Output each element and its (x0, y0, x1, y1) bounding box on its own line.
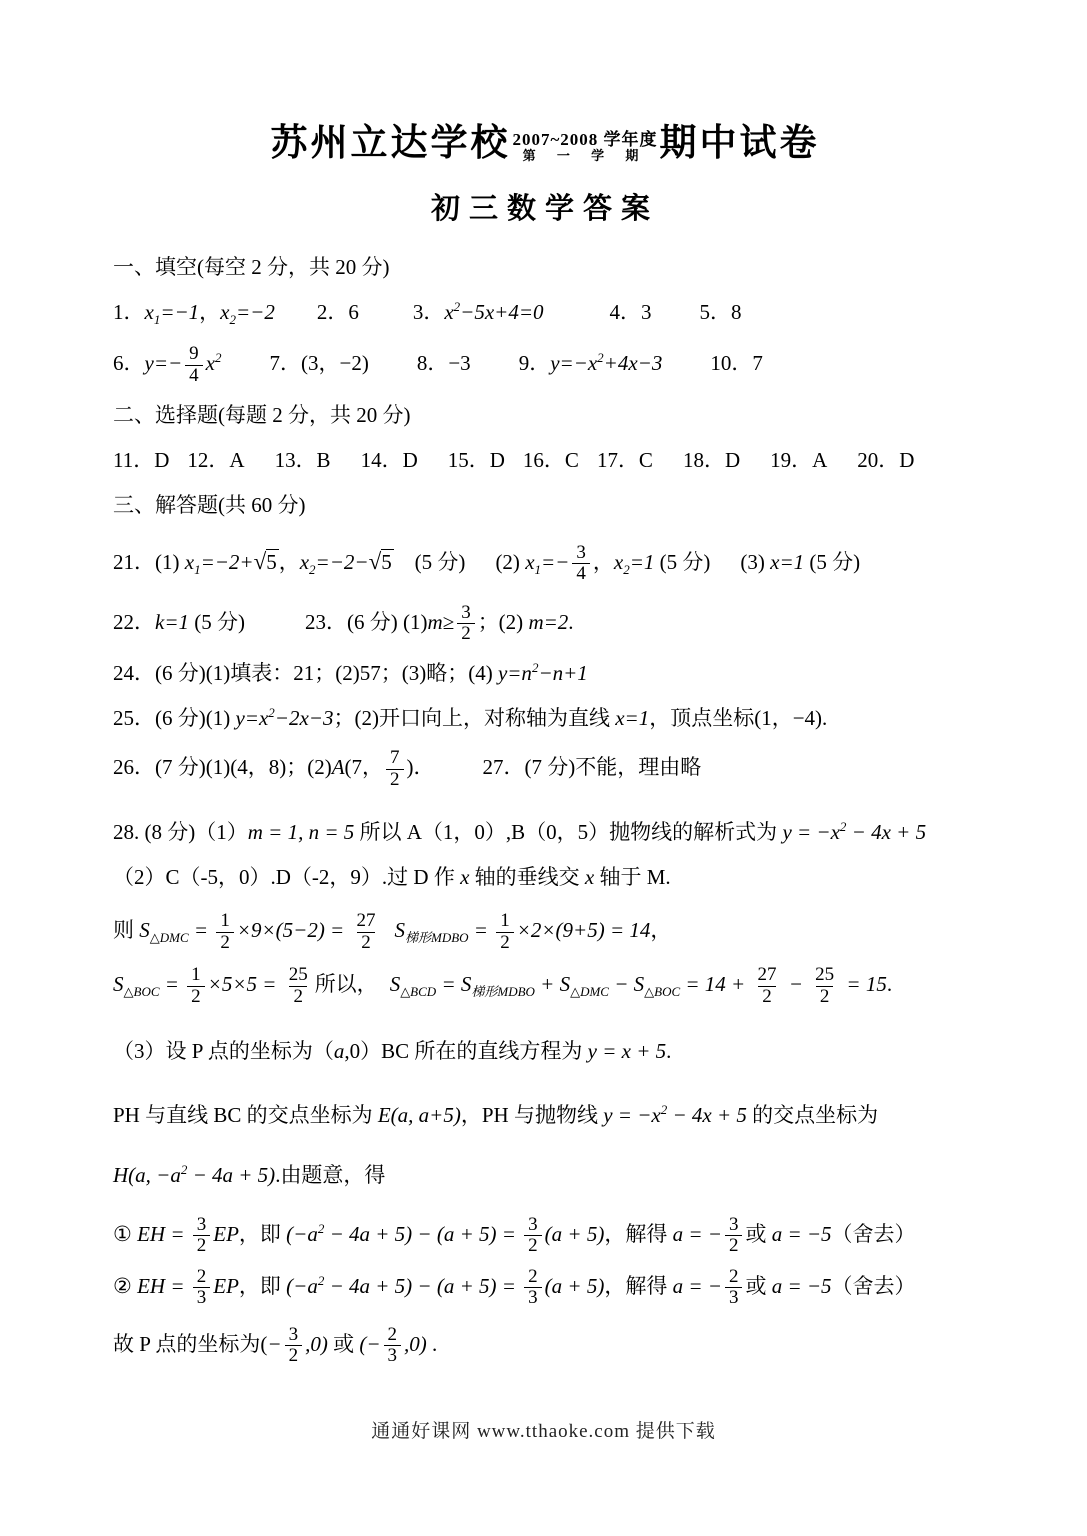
answer-28-case1: ① EH = 32EP，即 (−a2 − 4a + 5) − (a + 5) =… (113, 1215, 977, 1257)
text-run: (5 分) (394, 550, 466, 574)
text-run: 或 (745, 1221, 766, 1245)
fraction-numerator: 27 (352, 911, 379, 932)
text-run: 15．D (448, 448, 505, 472)
math-run: =1 (630, 550, 655, 574)
fraction-numerator: 2 (384, 1325, 402, 1346)
fraction-denominator: 3 (193, 1287, 211, 1309)
fraction-denominator: 3 (384, 1345, 402, 1367)
math-run: (−a (286, 1273, 318, 1297)
text-run: ， (593, 550, 614, 574)
text-run: 27．(7 分)不能，理由略 (483, 755, 702, 779)
section2-heading: 二、选择题(每题 2 分，共 20 分) (113, 401, 977, 431)
footer-download-note: 通通好课网 www.tthaoke.com 提供下载 (0, 1416, 1087, 1443)
subscript: △DMC (570, 984, 609, 999)
fraction-denominator: 3 (524, 1287, 542, 1309)
fraction-numerator: 25 (285, 965, 312, 986)
math-run: − 4a + 5) − (a + 5) = (324, 1273, 521, 1297)
fraction-numerator: 7 (386, 748, 404, 769)
math-run: +4x−3 (604, 351, 663, 375)
fraction-denominator: 2 (758, 986, 776, 1008)
subscript: 梯形MDBO (405, 930, 469, 945)
math-run: EH = (137, 1273, 190, 1297)
fraction-numerator: 3 (572, 543, 590, 564)
square-root: √5 (369, 546, 394, 579)
fraction-denominator: 2 (725, 1235, 743, 1257)
math-run: = (469, 918, 494, 942)
fraction-denominator: 4 (185, 365, 203, 387)
fraction-numerator: 27 (753, 965, 780, 986)
text-run: （2）C（-5，0）.D（-2，9）.过 D 作 (113, 865, 460, 889)
text-run: PH 与直线 BC 的交点坐标为 (113, 1103, 378, 1127)
fraction-denominator: 2 (357, 932, 375, 954)
radicand: 5 (266, 549, 279, 574)
math-run: x (206, 351, 215, 375)
math-run: − 4x + 5 (667, 1103, 747, 1127)
text-run: 18．D (683, 448, 740, 472)
math-run: = 14 + (680, 972, 750, 996)
text-run: ， (279, 550, 300, 574)
math-run: m (427, 610, 442, 634)
math-run: EP (213, 1273, 239, 1297)
text-run: 8．−3 (417, 351, 471, 375)
answer-28-h-line: H(a, −a2 − 4a + 5).由题意，得 (113, 1161, 977, 1191)
math-run: = (189, 918, 214, 942)
fraction: 252 (285, 965, 312, 1007)
square-root: √5 (254, 546, 279, 579)
math-run: m = 1, n = 5 (248, 820, 355, 844)
math-run: x (585, 865, 594, 889)
radical-icon: √ (369, 549, 382, 574)
answers-6-to-10: 6．y=−94x27．(3，−2)8．−39．y=−x2+4x−310．7 (113, 344, 977, 386)
math-run: =−2+ (201, 550, 254, 574)
fraction-numerator: 1 (187, 965, 205, 986)
superscript: 2 (215, 350, 222, 365)
text-run: 轴于 M. (594, 865, 670, 889)
fraction-denominator: 2 (816, 986, 834, 1008)
text-run: ，即 (239, 1221, 286, 1245)
math-run: =1 (164, 610, 189, 634)
fraction: 272 (352, 911, 379, 953)
text-run: )． (407, 755, 435, 779)
text-run: 3． (413, 300, 445, 324)
text-run: ，解得 (604, 1221, 672, 1245)
answers-11-to-20: 11．D12．A13．B14．D15．D16．C17．C18．D19．A20．D (113, 446, 977, 476)
text-run: (5 分) (654, 550, 710, 574)
fraction: 23 (725, 1267, 743, 1309)
math-run: ×9×(5−2) = (237, 918, 350, 942)
fraction: 32 (193, 1215, 211, 1257)
math-run: − 4a + 5) − (a + 5) = (324, 1221, 521, 1245)
math-run: = 15 (841, 972, 887, 996)
text-run: (7， (345, 755, 384, 779)
answers-1-to-5: 1．x1=−1，x2=−22．63．x2−5x+4=04．35．8 (113, 298, 977, 329)
text-run: 或 (745, 1273, 766, 1297)
fraction: 23 (384, 1325, 402, 1367)
math-run: k (155, 610, 164, 634)
subscript: 梯形MDBO (471, 984, 535, 999)
math-run: − 4a + 5) (187, 1163, 275, 1187)
text-run: 25．(6 分)(1) (113, 706, 235, 730)
math-run: x (615, 706, 624, 730)
text-run: 24．(6 分)(1)填表：21；(2)57；(3)略；(4) (113, 661, 498, 685)
text-run: 轴的垂线交 (469, 865, 585, 889)
text-run: 二、选择题(每题 2 分，共 20 分) (113, 403, 411, 427)
fraction: 12 (216, 911, 234, 953)
answer-lines: 一、填空(每空 2 分，共 20 分)1．x1=−1，x2=−22．63．x2−… (113, 253, 977, 1367)
document-subtitle: 初三数学答案 (113, 186, 977, 227)
text-run: 或 (328, 1331, 360, 1355)
text-run: . (666, 1039, 671, 1063)
text-run: 的交点坐标为 (747, 1103, 878, 1127)
math-run: =1 (779, 550, 804, 574)
text-run: . (568, 610, 573, 634)
text-run: 20．D (857, 448, 914, 472)
fraction: 94 (185, 344, 203, 386)
math-run: ×2×(9+5) = 14 (517, 918, 651, 942)
fraction-numerator: 3 (457, 603, 475, 624)
text-run: 4．3 (610, 300, 652, 324)
title-exam-name: 期中试卷 (660, 123, 820, 164)
math-run: S (394, 918, 405, 942)
answer-28-case2: ② EH = 23EP，即 (−a2 − 4a + 5) − (a + 5) =… (113, 1267, 977, 1309)
text-run: (5 分) (189, 610, 245, 634)
math-run: a (334, 1039, 345, 1063)
answer-28-part2: （2）C（-5，0）.D（-2，9）.过 D 作 x 轴的垂线交 x 轴于 M. (113, 863, 977, 893)
fraction-denominator: 2 (524, 1235, 542, 1257)
document-content: 苏州立达学校2007~2008 学年度第 一 学 期期中试卷 初三数学答案 一、… (113, 112, 977, 1367)
math-run: S (560, 972, 571, 996)
math-run: a = − (673, 1221, 722, 1245)
text-run: 28. (8 分)（1） (113, 820, 248, 844)
text-run: 14．D (361, 448, 418, 472)
math-run: a = −5 (766, 1221, 831, 1245)
text-run: 5．8 (700, 300, 742, 324)
fraction-numerator: 9 (185, 344, 203, 365)
text-run: (3) (740, 550, 770, 574)
fraction: 252 (811, 965, 838, 1007)
subscript: △BCD (400, 984, 436, 999)
math-run: ,0) (404, 1331, 427, 1355)
title-term-block: 2007~2008 学年度第 一 学 期 (512, 131, 657, 162)
fraction: 32 (725, 1215, 743, 1257)
answer-25: 25．(6 分)(1) y=x2−2x−3；(2)开口向上，对称轴为直线 x=1… (113, 704, 977, 734)
fraction-numerator: 2 (193, 1267, 211, 1288)
fraction: 34 (572, 543, 590, 585)
fraction: 12 (496, 911, 514, 953)
title-school-year: 2007~2008 学年度 (512, 131, 657, 149)
text-run: 19．A (770, 448, 827, 472)
math-run: − (609, 972, 634, 996)
fraction-denominator: 2 (187, 986, 205, 1008)
text-run: ，顶点坐标(1，−4). (649, 706, 827, 730)
math-run: −5x+4=0 (460, 300, 543, 324)
subscript: △BOC (124, 984, 160, 999)
text-run: 2．6 (317, 300, 359, 324)
title-semester: 第 一 学 期 (512, 149, 657, 163)
answer-28-conclusion: 故 P 点的坐标为(−32,0) 或 (−23,0) . (113, 1325, 977, 1367)
text-run: . (427, 1331, 438, 1355)
fraction-denominator: 2 (289, 986, 307, 1008)
fraction-denominator: 2 (285, 1345, 303, 1367)
text-run: 23．(6 分) (1) (305, 610, 427, 634)
fraction-denominator: 2 (386, 769, 404, 791)
math-run: x (525, 550, 534, 574)
text-run: 21．(1) (113, 550, 185, 574)
text-run: ,0）BC 所在的直线方程为 (344, 1039, 587, 1063)
section3-heading: 三、解答题(共 60 分) (113, 491, 977, 521)
math-run: −2x−3 (275, 706, 334, 730)
text-run: 11．D (113, 448, 169, 472)
math-run: (−a (286, 1221, 318, 1245)
math-run: S (634, 972, 645, 996)
answer-24: 24．(6 分)(1)填表：21；(2)57；(3)略；(4) y=n2−n+1 (113, 659, 977, 689)
math-run: y=− (145, 351, 183, 375)
math-run: x (614, 550, 623, 574)
text-run: .由题意，得 (275, 1163, 385, 1187)
fraction-numerator: 3 (285, 1325, 303, 1346)
text-run: ；(2) (478, 610, 529, 634)
math-run: x (444, 300, 453, 324)
text-run: 16．C (523, 448, 579, 472)
text-run: ；(2)开口向上，对称轴为直线 (333, 706, 615, 730)
fraction-numerator: 2 (725, 1267, 743, 1288)
answers-22-23: 22．k=1 (5 分)23．(6 分) (1)m≥32；(2) m=2. (113, 603, 977, 645)
math-run: y=n (498, 661, 532, 685)
section1-heading: 一、填空(每空 2 分，共 20 分) (113, 253, 977, 283)
text-run: （舍去） (832, 1273, 916, 1297)
math-run: =−2− (316, 550, 369, 574)
text-run: （舍去） (832, 1221, 916, 1245)
text-run: 9． (519, 351, 551, 375)
page-title: 苏州立达学校2007~2008 学年度第 一 学 期期中试卷 (113, 112, 977, 166)
math-run: ,0) (305, 1331, 328, 1355)
fraction-denominator: 2 (193, 1235, 211, 1257)
answer-28-part1: 28. (8 分)（1）m = 1, n = 5 所以 A（1，0）,B（0，5… (113, 818, 977, 848)
text-run: 26．(7 分)(1)(4，8)；(2) (113, 755, 332, 779)
math-run: a = − (673, 1273, 722, 1297)
text-run: 10．7 (710, 351, 763, 375)
fraction-numerator: 3 (725, 1215, 743, 1236)
math-run: − 4x + 5 (846, 820, 926, 844)
fraction-denominator: 2 (216, 932, 234, 954)
text-run: . (887, 972, 892, 996)
fraction-numerator: 2 (524, 1267, 542, 1288)
fraction-numerator: 25 (811, 965, 838, 986)
fraction-denominator: 4 (572, 563, 590, 585)
math-run: (− (359, 1331, 380, 1355)
text-run: (5 分) (804, 550, 860, 574)
text-run: 所以 A（1，0）,B（0，5）抛物线的解析式为 (354, 820, 782, 844)
math-run: A (332, 755, 345, 779)
math-run: y = −x (782, 820, 839, 844)
fraction-numerator: 3 (193, 1215, 211, 1236)
math-run: ≥ (443, 610, 455, 634)
text-run: 故 P 点的坐标为( (113, 1331, 267, 1355)
math-run: y = x + 5 (588, 1039, 666, 1063)
text-run: 13．B (275, 448, 331, 472)
text-run: ，解得 (604, 1273, 672, 1297)
text-run: 1． (113, 300, 145, 324)
answer-28-area-line1: 则 S△DMC = 12×9×(5−2) = 272S梯形MDBO = 12×2… (113, 911, 977, 953)
math-run: x (185, 550, 194, 574)
fraction: 32 (524, 1215, 542, 1257)
radicand: 5 (381, 549, 394, 574)
text-run: 12．A (187, 448, 244, 472)
math-run: y=−x (550, 351, 597, 375)
text-run: ， (650, 918, 671, 942)
fraction-denominator: 2 (496, 932, 514, 954)
text-run: ① (113, 1221, 137, 1245)
fraction: 32 (285, 1325, 303, 1367)
math-run: a = −5 (766, 1273, 831, 1297)
math-run: =−2 (236, 300, 275, 324)
answer-28-part3: （3）设 P 点的坐标为（a,0）BC 所在的直线方程为 y = x + 5. (113, 1037, 977, 1067)
math-run: + (535, 972, 560, 996)
text-run: （3）设 P 点的坐标为（ (113, 1039, 334, 1063)
math-run: (a + 5) (545, 1221, 605, 1245)
math-run: x (220, 300, 229, 324)
math-run: (a + 5) (545, 1273, 605, 1297)
fraction: 72 (386, 748, 404, 790)
text-run: 7．(3，−2) (270, 351, 369, 375)
fraction-numerator: 1 (496, 911, 514, 932)
math-run: m (528, 610, 543, 634)
radical-icon: √ (254, 549, 267, 574)
math-run: E(a, a+5) (378, 1103, 461, 1127)
fraction-numerator: 3 (524, 1215, 542, 1236)
text-run: (2) (495, 550, 525, 574)
answer-21: 21．(1) x1=−2+√5，x2=−2−√5 (5 分)(2) x1=−34… (113, 543, 977, 585)
math-run: y=x (235, 706, 268, 730)
document-page: 苏州立达学校2007~2008 学年度第 一 学 期期中试卷 初三数学答案 一、… (0, 0, 1087, 1536)
fraction: 23 (524, 1267, 542, 1309)
math-run: x (145, 300, 154, 324)
text-run: 22． (113, 610, 155, 634)
text-run: ，PH 与抛物线 (461, 1103, 603, 1127)
math-run: EP (213, 1221, 239, 1245)
fraction: 23 (193, 1267, 211, 1309)
subscript: △DMC (150, 930, 189, 945)
math-run: S (113, 972, 124, 996)
text-run: 一、填空(每空 2 分，共 20 分) (113, 255, 390, 279)
text-run: 17．C (597, 448, 653, 472)
math-run: S (139, 918, 150, 942)
math-run: − (783, 972, 808, 996)
math-run: y = −x (603, 1103, 660, 1127)
subscript: △BOC (644, 984, 680, 999)
fraction-denominator: 3 (725, 1287, 743, 1309)
text-run: 6． (113, 351, 145, 375)
fraction: 32 (457, 603, 475, 645)
text-run: 三、解答题(共 60 分) (113, 493, 306, 517)
math-run: =− (541, 550, 569, 574)
math-run: H(a, −a (113, 1163, 181, 1187)
math-run: S (461, 972, 472, 996)
math-run: − (267, 1331, 281, 1355)
fraction: 12 (187, 965, 205, 1007)
math-run: =1 (625, 706, 650, 730)
fraction: 272 (753, 965, 780, 1007)
math-run: x (300, 550, 309, 574)
answer-28-ph-line: PH 与直线 BC 的交点坐标为 E(a, a+5)，PH 与抛物线 y = −… (113, 1101, 977, 1131)
text-run: ， (199, 300, 220, 324)
math-run: EH = (137, 1221, 190, 1245)
math-run: S (390, 972, 401, 996)
math-run: =−1 (160, 300, 199, 324)
math-run: = (436, 972, 461, 996)
math-run: =2 (544, 610, 569, 634)
title-school-name: 苏州立达学校 (270, 123, 510, 164)
text-run: 所以， (315, 972, 378, 996)
answer-28-area-line2: S△BOC = 12×5×5 = 252所以，S△BCD = S梯形MDBO +… (113, 965, 977, 1007)
text-run: ② (113, 1273, 137, 1297)
text-run: ，即 (239, 1273, 286, 1297)
math-run: −n+1 (538, 661, 587, 685)
text-run: 则 (113, 918, 139, 942)
math-run: = (160, 972, 185, 996)
math-run: ×5×5 = (208, 972, 282, 996)
answers-26-27: 26．(7 分)(1)(4，8)；(2)A(7，72)．27．(7 分)不能，理… (113, 748, 977, 790)
fraction-denominator: 2 (457, 623, 475, 645)
math-run: x (460, 865, 469, 889)
fraction-numerator: 1 (216, 911, 234, 932)
